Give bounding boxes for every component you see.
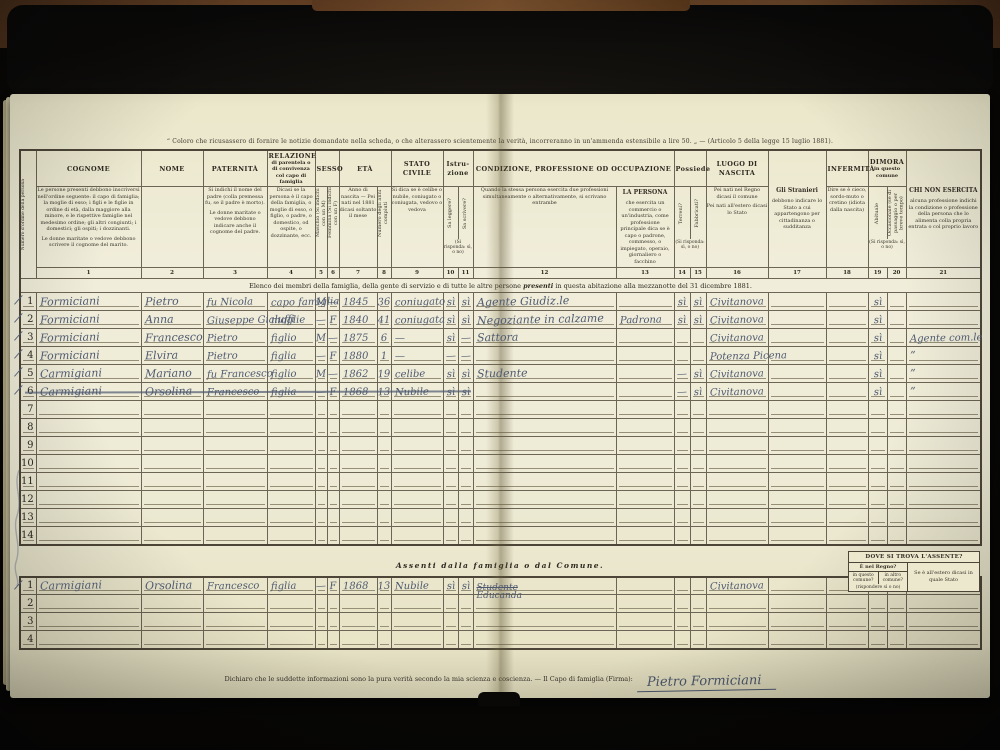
empty-cell [36,527,141,545]
col-num: 15 [690,268,706,279]
cell-sesso-m: — [315,311,327,329]
empty-cell [267,631,315,649]
hw-chi-ditto: ” [909,385,915,398]
cell-eta: 6 [377,329,391,347]
col-num: 18 [826,268,868,279]
cell-eta: 41 [377,311,391,329]
empty-cell [826,401,868,419]
cell-fabbricati: sì [690,311,706,329]
empty-cell [339,455,377,473]
cell-sa-leggere: sì [443,311,458,329]
col-header-possiede: Possiede [674,150,706,187]
hw-eta: 36 [377,297,390,309]
assenti-section: DOVE SI TROVA L'ASSENTE? È nel Regno? in… [19,561,981,650]
empty-cell [443,613,458,631]
empty-cell [887,491,906,509]
empty-cell [267,613,315,631]
empty-cell [674,527,690,545]
hw-relazione: figlia [270,581,296,593]
empty-cell [887,455,906,473]
table-row-struck: 6 Carmigiani Orsolina Francesco figlia —… [20,383,981,401]
hw-abituale: sì [873,369,882,380]
empty-cell [141,613,203,631]
cell-luogo-nascita: Potenza Picena [706,347,768,365]
hw-fabbricati: sì [694,315,703,326]
hw-stato: Nubile [394,387,428,399]
empty-cell [706,527,768,545]
empty-cell [391,595,443,613]
hw-relazione: figlia [270,351,296,363]
cell-sesso-f: F [327,311,339,329]
table-row: 9 [20,437,981,455]
hw-cognome: Carmigiani [39,366,101,380]
empty-cell [887,419,906,437]
empty-cell [327,509,339,527]
table-row: 2 Formiciani Anna Giuseppe Gialuffi mogl… [20,311,981,329]
empty-cell [327,595,339,613]
col-desc-sesso-f: Femmina (Si indichi con un F) [327,187,339,268]
hw-terreni: sì [678,315,687,326]
empty-cell [616,419,674,437]
empty-cell [674,473,690,491]
hw-anno: 1862 [342,369,368,381]
empty-cell [768,473,826,491]
empty-cell [868,401,887,419]
hw-nome: Mariano [144,367,191,381]
table-row: 4 [20,631,981,649]
hw-cognome: Formiciani [39,331,99,345]
cell-infermita [826,383,868,401]
cell-anno-nascita: 1880 [339,347,377,365]
empty-cell [377,437,391,455]
hw-abituale: sì [873,351,882,362]
cell-la-persona [616,383,674,401]
col-num: 4 [267,268,315,279]
empty-cell [887,509,906,527]
empty-cell [443,437,458,455]
empty-cell [315,509,327,527]
empty-cell [315,437,327,455]
row-number: 9 [20,437,36,455]
empty-cell [887,527,906,545]
empty-cell [768,455,826,473]
empty-cell [339,401,377,419]
hw-stato: coniugato [394,297,444,309]
empty-cell [203,613,267,631]
empty-cell [36,401,141,419]
empty-cell [377,419,391,437]
empty-cell [473,455,616,473]
table-row: 1 Formiciani Pietro fu Nicola capo famig… [20,293,981,311]
empty-cell [377,613,391,631]
empty-cell [267,527,315,545]
col-num: 20 [887,268,906,279]
empty-cell [868,455,887,473]
hw-luogo: Civitanova [709,581,763,593]
empty-cell [906,401,981,419]
cell-paternita: Francesco [203,577,267,595]
hw-nome: Orsolina [144,579,191,593]
cell-paternita: Pietro [203,329,267,347]
cell-chi-non-esercita [906,311,981,329]
empty-cell [706,595,768,613]
empty-cell [768,631,826,649]
col-desc-eta-anno: Anno di nascita — Pei nati nel 1881 dica… [339,187,377,268]
empty-cell [377,631,391,649]
empty-cell [203,437,267,455]
col-num: 6 [327,268,339,279]
empty-cell [690,473,706,491]
empty-cell [141,631,203,649]
empty-cell [327,491,339,509]
empty-cell [203,401,267,419]
cell-paternita: Giuseppe Gialuffi [203,311,267,329]
row-number: 1 [20,293,36,311]
hw-scrive: — [460,351,471,363]
hw-terreni: — [677,369,688,381]
hw-cognome: Formiciani [39,295,99,309]
hw-luogo: Civitanova [709,333,763,345]
hw-stato: Nubile [394,581,428,593]
declaration: Dichiaro che le suddette informazioni so… [19,674,981,691]
row-number: 5 [20,365,36,383]
cell-nome: Elvira [141,347,203,365]
empty-cell [141,509,203,527]
cell-professione: Negoziante in calzame [473,311,616,329]
empty-cell [315,419,327,437]
signature: Pietro Formiciani [637,672,776,691]
cell-relazione: figlia [267,347,315,365]
hw-cognome: Carmigiani [39,578,101,592]
cell-terreni: — [674,365,690,383]
hw-luogo: Civitanova [709,297,763,309]
empty-cell [868,527,887,545]
hw-nome: Elvira [144,349,177,363]
empty-cell [868,509,887,527]
col-desc-luogo: Pei nati nel Regno dicasi il comunePei n… [706,187,768,268]
empty-cell [327,437,339,455]
hw-stato: — [394,333,404,344]
empty-cell [768,437,826,455]
empty-cell [36,613,141,631]
empty-cell [391,473,443,491]
col-desc-stato-civile: Si dica se è celibe o nubile, coniugato … [391,187,443,268]
cell-stranieri [768,329,826,347]
empty-cell [203,455,267,473]
row-number: 8 [20,419,36,437]
empty-cell [887,473,906,491]
hw-luogo: Civitanova [709,387,763,399]
empty-cell [616,509,674,527]
empty-cell [868,595,887,613]
empty-cell [706,473,768,491]
empty-cell [887,401,906,419]
hw-paternita: fu Francesco [206,368,272,380]
empty-cell [267,491,315,509]
hw-abituale: sì [873,333,882,344]
empty-cell [616,473,674,491]
col-desc-istruzione: Sa leggere?Sa scrivere? (Si risponda: sì… [443,187,473,268]
empty-cell [674,401,690,419]
cell-fabbricati [690,577,706,595]
cell-nome: Anna [141,311,203,329]
cell-sesso-m: — [315,577,327,595]
cell-sa-scrivere: sì [458,577,473,595]
hw-professione: StudenteEducanda [477,584,522,600]
empty-cell [203,491,267,509]
cell-sesso-m: M [315,329,327,347]
empty-cell [768,509,826,527]
row-number: 4 [20,631,36,649]
cell-la-persona [616,329,674,347]
empty-cell [674,437,690,455]
col-desc-possiede: Terreni?Fabbricati? (Si risponda: sì, o … [674,187,706,268]
row-number: 2 [20,311,36,329]
cell-infermita [826,311,868,329]
census-table: Numero d'ordine della persona COGNOME NO… [19,149,982,546]
row-number: 2 [20,595,36,613]
empty-cell [141,595,203,613]
empty-cell [443,509,458,527]
empty-cell [768,419,826,437]
table-row: 14 [20,527,981,545]
empty-cell [141,419,203,437]
col-desc-condizione: Quando la stessa persona esercita due pr… [473,187,616,268]
empty-cell [473,491,616,509]
empty-cell [391,509,443,527]
empty-cell [690,437,706,455]
cell-stranieri [768,365,826,383]
cell-luogo-nascita: Civitanova [706,329,768,347]
cell-stato-civile: celibe [391,365,443,383]
empty-cell [391,491,443,509]
empty-cell [674,595,690,613]
cell-stranieri [768,293,826,311]
cell-dimora-abituale: sì [868,383,887,401]
col-desc-eta-anni: Numero degli anni compiuti [377,187,391,268]
col-header-relazione: RELAZIONEdi parentela o di convivenza co… [267,150,315,187]
empty-cell [315,401,327,419]
hw-eta: 6 [381,333,388,344]
cell-fabbricati [690,347,706,365]
empty-cell [868,437,887,455]
hw-professione: Studente [476,367,527,381]
col-num: 1 [36,268,141,279]
cell-luogo-nascita: Civitanova [706,293,768,311]
cell-paternita: fu Nicola [203,293,267,311]
empty-cell [391,401,443,419]
cell-sa-scrivere: — [458,347,473,365]
hw-professione: Sattora [476,331,518,345]
hw-scrive: sì [461,369,470,380]
hw-legge: sì [446,387,455,398]
empty-cell [339,473,377,491]
empty-cell [906,437,981,455]
cell-sa-leggere: sì [443,577,458,595]
empty-cell [868,473,887,491]
hw-nome: Pietro [144,295,178,309]
hw-paternita: Pietro [206,351,237,363]
hw-relazione: moglie [270,315,304,327]
empty-cell [315,527,327,545]
hw-anno: 1875 [342,333,368,345]
table-row: 12 [20,491,981,509]
col-num: 7 [339,268,377,279]
empty-cell [690,509,706,527]
cell-sesso-m: M [315,293,327,311]
empty-cell [616,613,674,631]
cell-dimora-abituale: sì [868,365,887,383]
cell-stato-civile: coniugata [391,311,443,329]
empty-cell [36,509,141,527]
cell-dimora-occasionale [887,347,906,365]
cell-fabbricati: sì [690,293,706,311]
empty-cell [473,419,616,437]
cell-cognome: Formiciani [36,329,141,347]
empty-cell [339,595,377,613]
col-num: 9 [391,268,443,279]
empty-cell [826,631,868,649]
hw-fabbricati: sì [694,387,703,398]
empty-cell [443,419,458,437]
hw-professione: Negoziante in calzame [476,312,603,328]
cell-terreni: sì [674,311,690,329]
empty-cell [377,509,391,527]
elenco-banner: Elenco dei membri della famiglia, della … [20,279,981,293]
empty-cell [826,613,868,631]
cell-relazione: figlio [267,329,315,347]
empty-cell [458,455,473,473]
empty-cell [473,473,616,491]
empty-cell [674,613,690,631]
hw-abituale: sì [873,315,882,326]
cell-dimora-abituale: sì [868,329,887,347]
col-num: 10 [443,268,458,279]
hw-persona: Padrona [619,315,661,327]
table-row: 1 Carmigiani Orsolina Francesco figlia —… [20,577,981,595]
cell-anno-nascita: 1875 [339,329,377,347]
hw-terreni: — [677,387,688,399]
col-num: 8 [377,268,391,279]
row-number: 3 [20,329,36,347]
empty-cell [690,419,706,437]
empty-cell [473,401,616,419]
cell-eta: 1 [377,347,391,365]
cell-eta: 36 [377,293,391,311]
empty-cell [339,419,377,437]
hw-scrive: sì [461,581,470,592]
hw-eta: 13 [377,581,390,593]
empty-cell [906,631,981,649]
empty-cell [690,631,706,649]
cell-infermita [826,365,868,383]
cell-dimora-abituale: sì [868,311,887,329]
hw-anno: 1845 [342,297,368,309]
empty-cell [616,527,674,545]
dove-title: DOVE SI TROVA L'ASSENTE? [849,552,979,563]
col-desc-la-persona: LA PERSONAche esercita un commercio o un… [616,187,674,268]
empty-cell [339,491,377,509]
col-num: 11 [458,268,473,279]
empty-cell [141,437,203,455]
empty-cell [315,491,327,509]
empty-cell [391,613,443,631]
empty-cell [906,613,981,631]
row-number: 4 [20,347,36,365]
empty-cell [327,455,339,473]
cell-professione: StudenteEducanda [473,577,616,595]
table-row: 3 [20,613,981,631]
empty-cell [339,613,377,631]
empty-cell [141,473,203,491]
empty-cell [868,491,887,509]
hw-paternita: Pietro [206,333,237,345]
hw-sesso: F [329,581,337,592]
cell-sesso-m: M [315,365,327,383]
hw-sesso: M [316,297,327,309]
empty-cell [473,509,616,527]
empty-cell [339,509,377,527]
empty-cell [458,509,473,527]
cell-eta: 19 [377,365,391,383]
cell-relazione: figlia [267,577,315,595]
empty-cell [887,613,906,631]
cell-chi-non-esercita: ” [906,383,981,401]
cell-la-persona [616,577,674,595]
empty-cell [141,527,203,545]
empty-cell [36,455,141,473]
cell-sesso-f: F [327,577,339,595]
col-header-nome: NOME [141,150,203,187]
cell-sa-scrivere: sì [458,293,473,311]
hw-paternita: fu Nicola [206,297,252,309]
empty-cell [36,631,141,649]
empty-cell [327,613,339,631]
empty-cell [267,473,315,491]
cell-paternita: fu Francesco [203,365,267,383]
cell-infermita [826,347,868,365]
hw-luogo: Potenza Picena [709,350,786,363]
empty-cell [443,455,458,473]
empty-cell [443,595,458,613]
empty-cell [36,491,141,509]
cell-luogo-nascita: Civitanova [706,311,768,329]
col-header-condizione: CONDIZIONE, PROFESSIONE OD OCCUPAZIONE [473,150,674,187]
cell-cognome: Carmigiani [36,383,141,401]
empty-cell [768,595,826,613]
cell-cognome: Formiciani [36,293,141,311]
empty-cell [690,527,706,545]
col-num: 13 [616,268,674,279]
empty-cell [826,455,868,473]
cell-fabbricati [690,329,706,347]
hw-luogo: Civitanova [709,315,763,327]
hw-sesso: — [316,351,327,363]
cell-cognome: Carmigiani [36,365,141,383]
empty-cell [768,613,826,631]
empty-cell [391,527,443,545]
empty-cell [674,491,690,509]
empty-cell [267,509,315,527]
empty-cell [690,613,706,631]
empty-cell [443,527,458,545]
empty-cell [706,419,768,437]
hw-sesso: — [316,315,327,327]
empty-cell [267,419,315,437]
black-register-cover [7,5,993,95]
empty-cell [443,473,458,491]
empty-cell [906,595,981,613]
